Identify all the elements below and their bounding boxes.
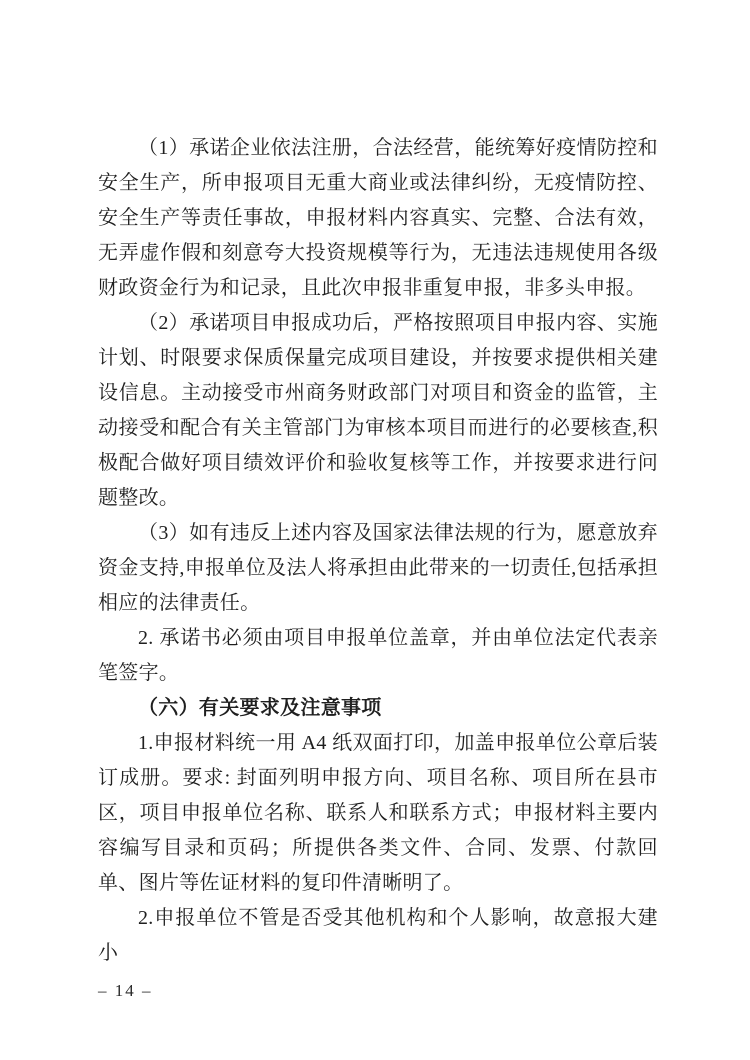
requirement-item-1: 1.申报材料统一用 A4 纸双面打印，加盖申报单位公章后装订成册。要求: 封面列…	[98, 726, 658, 901]
commitment-item-2: （2）承诺项目申报成功后，严格按照项目申报内容、实施计划、时限要求保质保量完成项…	[98, 306, 658, 516]
page-number: – 14 –	[98, 981, 153, 1001]
document-body: （1）承诺企业依法注册，合法经营，能统筹好疫情防控和安全生产，所申报项目无重大商…	[98, 131, 658, 971]
document-page: （1）承诺企业依法注册，合法经营，能统筹好疫情防控和安全生产，所申报项目无重大商…	[0, 0, 750, 1060]
commitment-item-1: （1）承诺企业依法注册，合法经营，能统筹好疫情防控和安全生产，所申报项目无重大商…	[98, 131, 658, 306]
section-heading-requirements: （六）有关要求及注意事项	[98, 691, 658, 726]
commitment-item-3: （3）如有违反上述内容及国家法律法规的行为，愿意放弃资金支持,申报单位及法人将承…	[98, 516, 658, 621]
requirement-item-2: 2.申报单位不管是否受其他机构和个人影响，故意报大建小	[98, 901, 658, 971]
seal-signature-note: 2. 承诺书必须由项目申报单位盖章，并由单位法定代表亲笔签字。	[98, 621, 658, 691]
